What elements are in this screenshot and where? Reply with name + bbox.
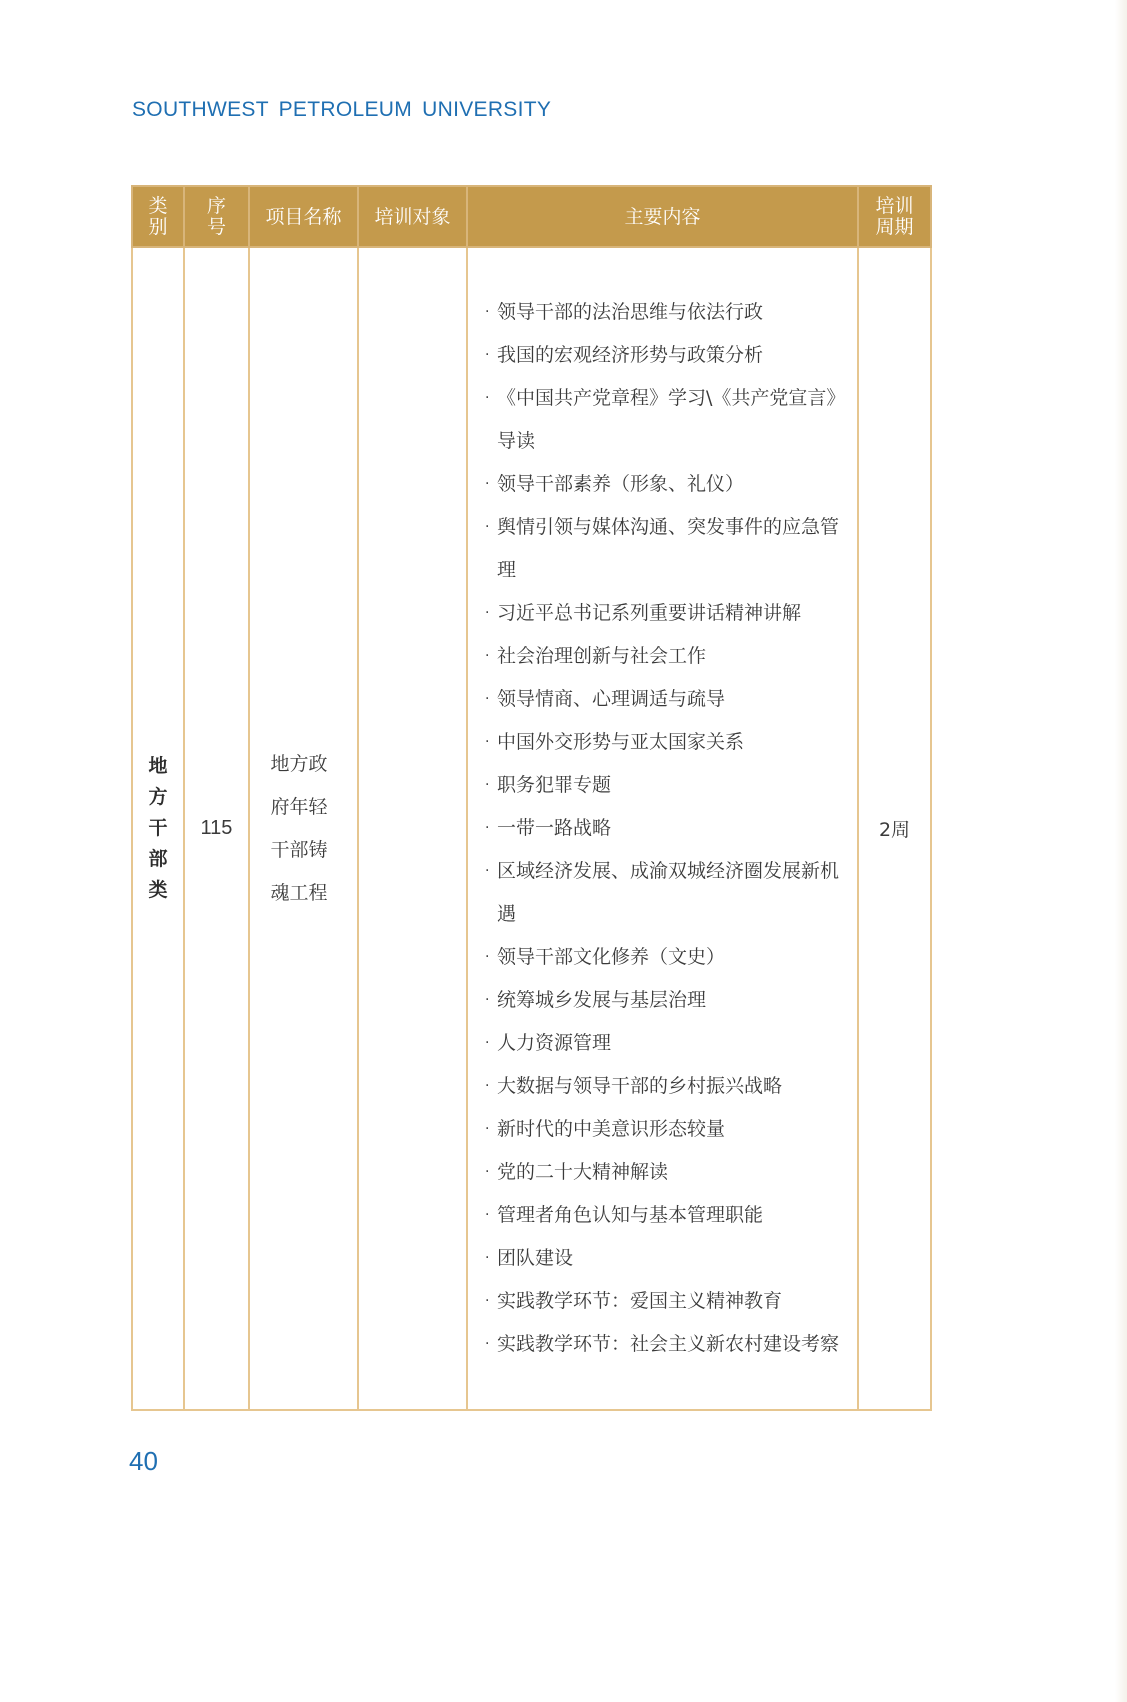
list-item: ·《中国共产党章程》学习\《共产党宣言》导读 [486,377,847,463]
bullet-icon: · [485,1151,489,1194]
audience-cell [358,247,467,1410]
bullet-icon: · [485,506,489,549]
column-header-content: 主要内容 [467,186,858,247]
list-item: ·区域经济发展、成渝双城经济圈发展新机遇 [486,850,847,936]
bullet-icon: · [485,1323,489,1366]
bullet-icon: · [485,1237,489,1280]
table-header-row: 类别 序号 项目名称 培训对象 主要内容 培训周期 [132,186,931,247]
bullet-icon: · [485,979,489,1022]
list-item: ·大数据与领导干部的乡村振兴战略 [486,1065,847,1108]
category-cell: 地方干部类 [132,247,184,1410]
list-item: ·领导干部素养（形象、礼仪） [486,463,847,506]
list-item: ·统筹城乡发展与基层治理 [486,979,847,1022]
project-name: 地方政府年轻干部铸魂工程 [271,743,337,915]
seq-cell: 115 [184,247,249,1410]
bullet-icon: · [485,1065,489,1108]
bullet-icon: · [485,463,489,506]
bullet-icon: · [485,721,489,764]
page-number: 40 [129,1446,158,1477]
bullet-icon: · [485,592,489,635]
list-item: ·团队建设 [486,1237,847,1280]
bullet-icon: · [485,334,489,377]
bullet-icon: · [485,377,489,420]
list-item: ·舆情引领与媒体沟通、突发事件的应急管理 [486,506,847,592]
bullet-icon: · [485,1022,489,1065]
list-item: ·领导情商、心理调适与疏导 [486,678,847,721]
list-item: ·一带一路战略 [486,807,847,850]
column-header-period: 培训周期 [858,186,931,247]
bullet-icon: · [485,1280,489,1323]
bullet-icon: · [485,678,489,721]
category-label: 地方干部类 [147,751,169,906]
list-item: ·新时代的中美意识形态较量 [486,1108,847,1151]
bullet-icon: · [485,936,489,979]
table-row: 地方干部类 115 地方政府年轻干部铸魂工程 ·领导干部的法治思维与依法行政 ·… [132,247,931,1410]
page-edge-shadow [1115,0,1127,1702]
list-item: ·领导干部文化修养（文史） [486,936,847,979]
list-item: ·人力资源管理 [486,1022,847,1065]
list-item: ·领导干部的法治思维与依法行政 [486,291,847,334]
column-header-seq: 序号 [184,186,249,247]
list-item: ·实践教学环节：社会主义新农村建设考察 [486,1323,847,1366]
bullet-icon: · [485,635,489,678]
running-header: SOUTHWEST PETROLEUM UNIVERSITY [132,98,551,122]
period-cell: 2周 [858,247,931,1410]
column-header-project-name: 项目名称 [249,186,358,247]
bullet-icon: · [485,850,489,893]
bullet-icon: · [485,764,489,807]
list-item: ·管理者角色认知与基本管理职能 [486,1194,847,1237]
project-name-cell: 地方政府年轻干部铸魂工程 [249,247,358,1410]
list-item: ·中国外交形势与亚太国家关系 [486,721,847,764]
course-table: 类别 序号 项目名称 培训对象 主要内容 培训周期 地方干部类 115 地方政府… [131,185,932,1411]
list-item: ·实践教学环节：爱国主义精神教育 [486,1280,847,1323]
column-header-audience: 培训对象 [358,186,467,247]
list-item: ·我国的宏观经济形势与政策分析 [486,334,847,377]
bullet-icon: · [485,291,489,334]
list-item: ·党的二十大精神解读 [486,1151,847,1194]
bullet-icon: · [485,807,489,850]
column-header-category: 类别 [132,186,184,247]
list-item: ·职务犯罪专题 [486,764,847,807]
content-cell: ·领导干部的法治思维与依法行政 ·我国的宏观经济形势与政策分析 ·《中国共产党章… [467,247,858,1410]
list-item: ·社会治理创新与社会工作 [486,635,847,678]
list-item: ·习近平总书记系列重要讲话精神讲解 [486,592,847,635]
content-list: ·领导干部的法治思维与依法行政 ·我国的宏观经济形势与政策分析 ·《中国共产党章… [468,291,857,1366]
bullet-icon: · [485,1108,489,1151]
bullet-icon: · [485,1194,489,1237]
